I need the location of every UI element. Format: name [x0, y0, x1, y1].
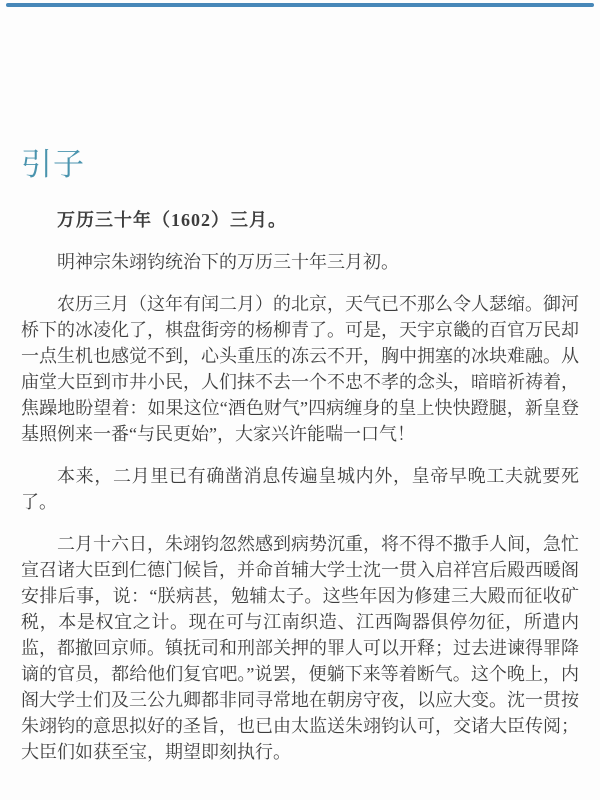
paragraph-date-line: 万历三十年（1602）三月。 [21, 207, 579, 233]
chapter-content: 引子 万历三十年（1602）三月。 明神宗朱翊钧统治下的万历三十年三月初。 农历… [21, 0, 579, 765]
chapter-title: 引子 [21, 147, 579, 183]
paragraph: 农历三月（这年有闰二月）的北京，天气已不那么令人瑟缩。御河桥下的冰凌化了，棋盘街… [21, 291, 579, 447]
paragraph: 二月十六日，朱翊钧忽然感到病势沉重，将不得不撒手人间，急忙宣召诸大臣到仁德门候旨… [21, 531, 579, 765]
paragraph: 明神宗朱翊钧统治下的万历三十年三月初。 [21, 249, 579, 275]
paragraph: 本来，二月里已有确凿消息传遍皇城内外，皇帝早晚工夫就要死了。 [21, 463, 579, 515]
ebook-page: { "page": { "background_color": "#fdfdfd… [0, 0, 600, 800]
